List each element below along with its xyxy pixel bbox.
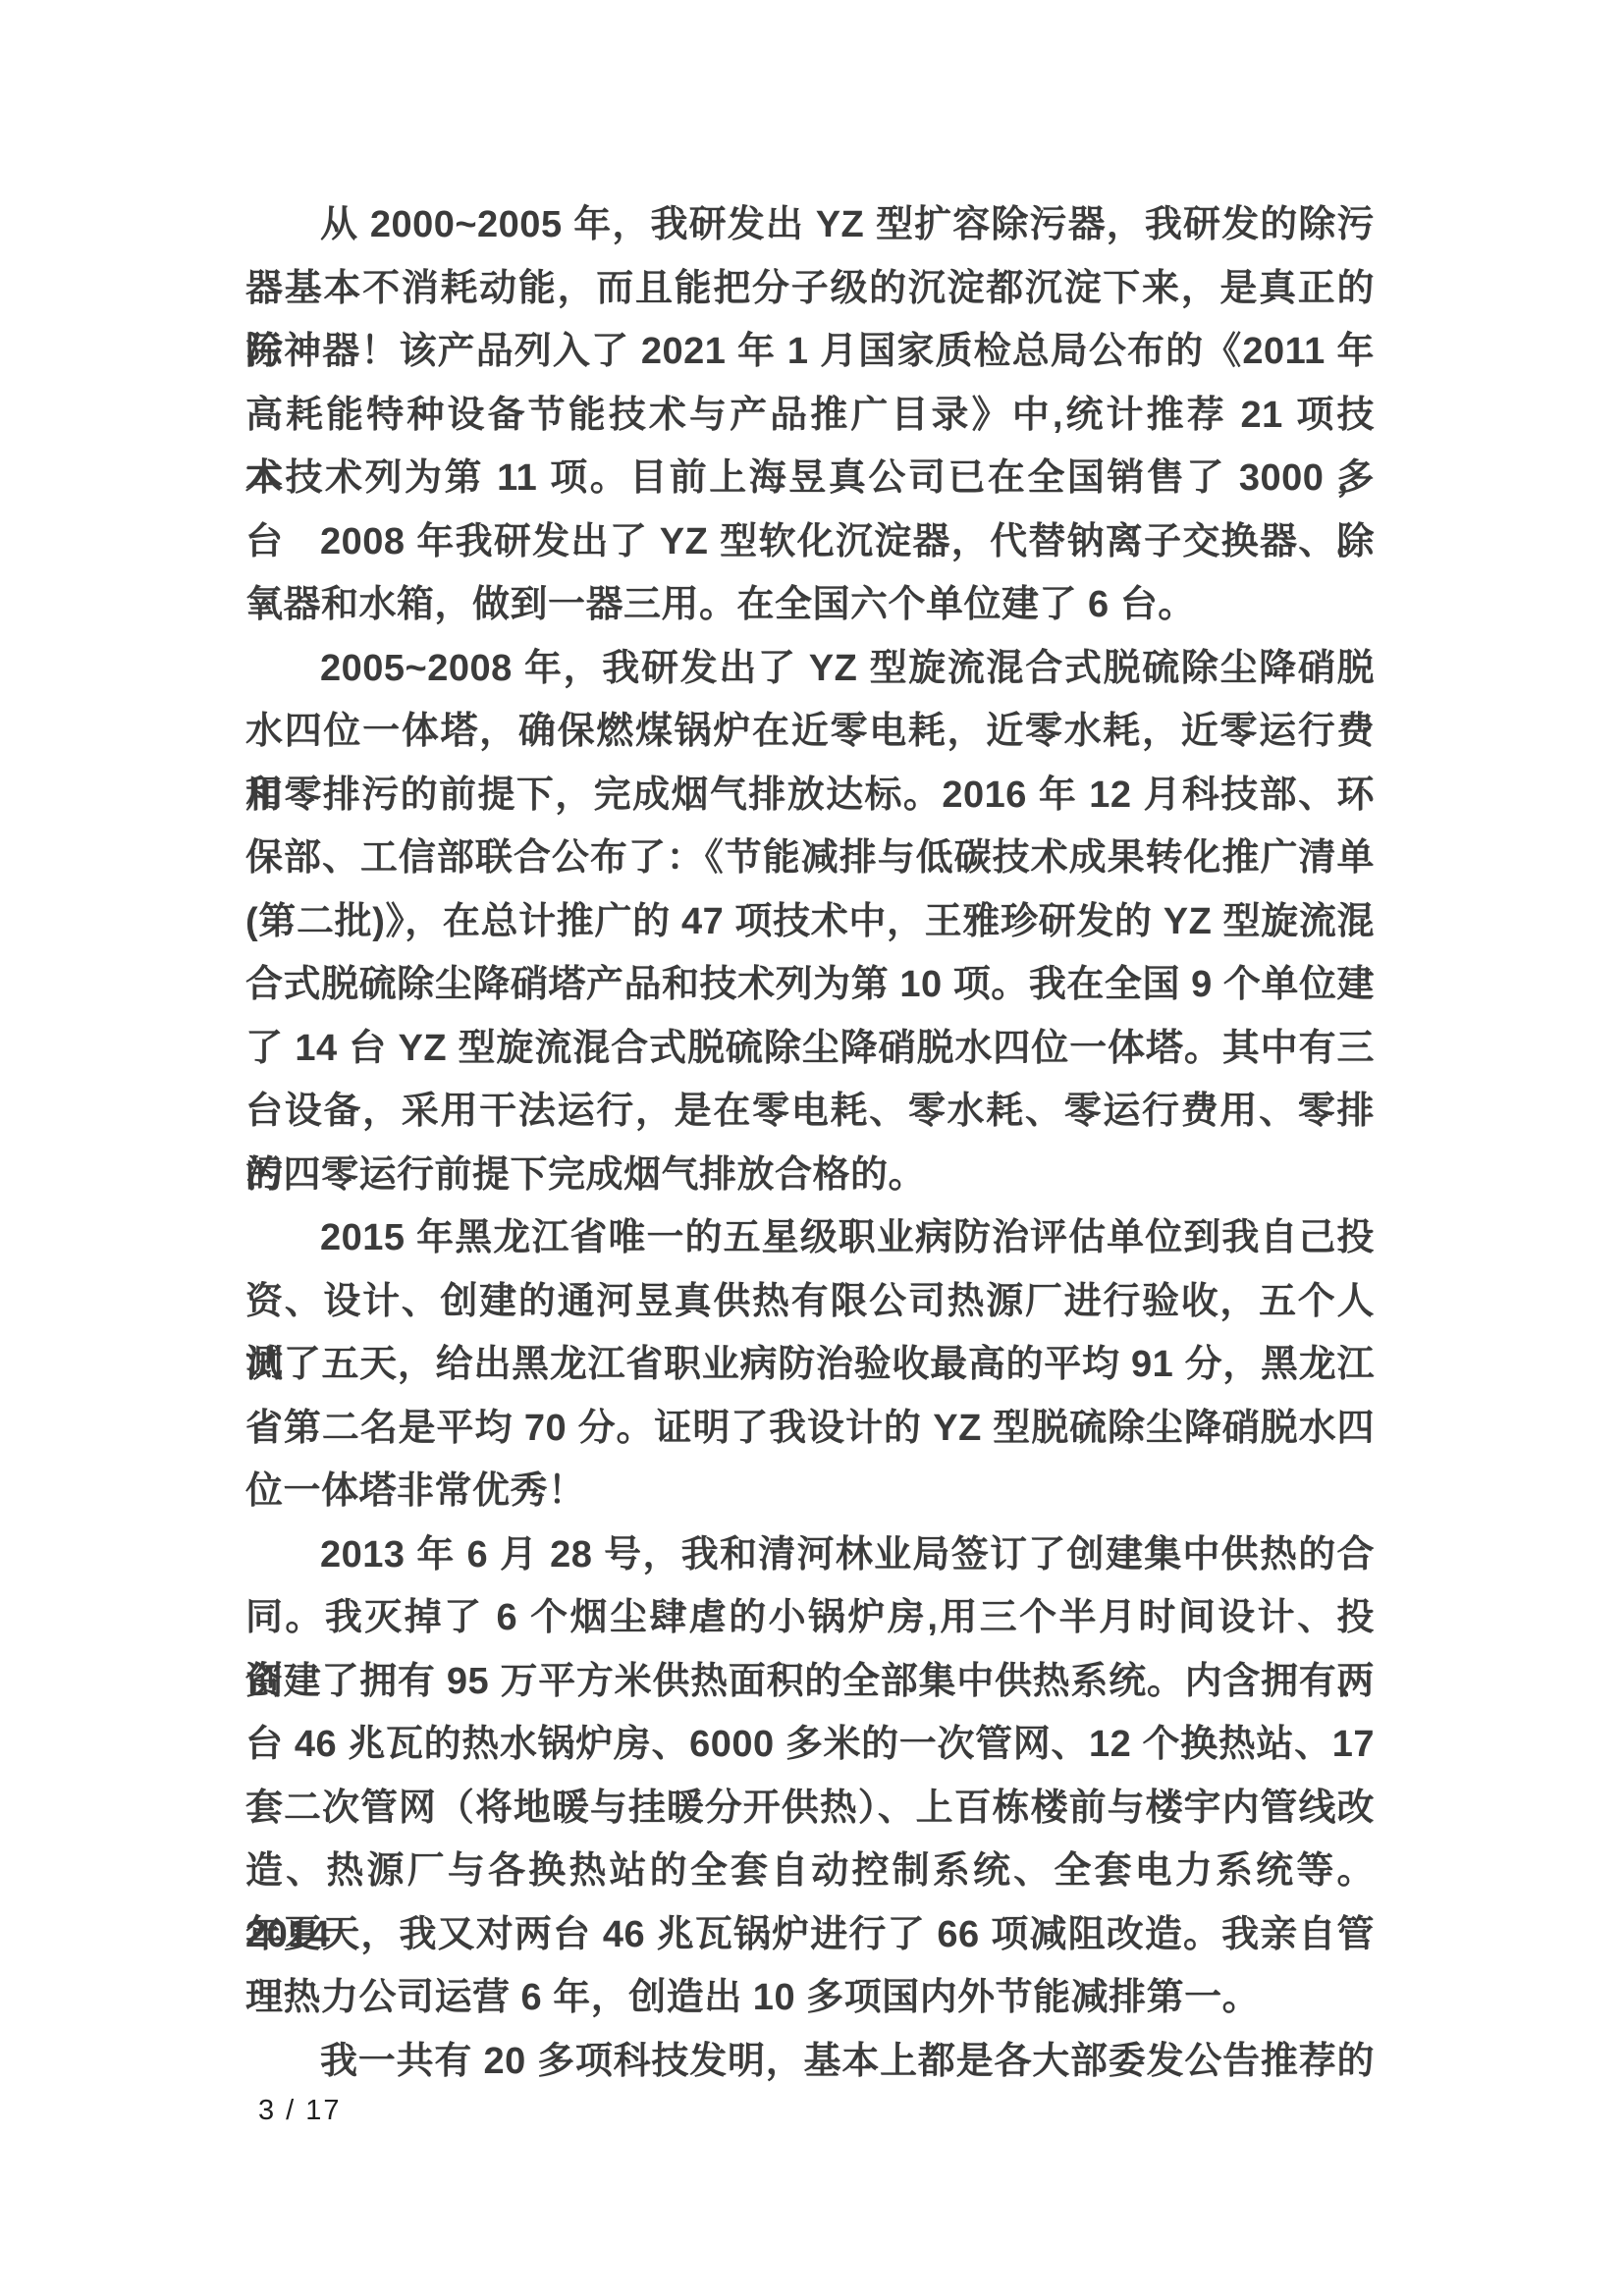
document-page: 从 2000~2005 年，我研发出 YZ 型扩容除污器，我研发的除污 器基本不… bbox=[0, 0, 1624, 2296]
text-line: 2015 年黑龙江省唯一的五星级职业病防治评估单位到我自己投 bbox=[245, 1206, 1375, 1270]
text-line: 2013 年 6 月 28 号，我和清河林业局签订了创建集中供热的合 bbox=[245, 1523, 1375, 1587]
text-line: 高耗能特种设备节能技术与产品推广目录》中,统计推荐 21 项技术， bbox=[245, 384, 1375, 448]
text-line: 2008 年我研发出了 YZ 型软化沉淀器，代替钠离子交换器、除 bbox=[245, 510, 1375, 574]
text-line: 合式脱硫除尘降硝塔产品和技术列为第 10 项。我在全国 9 个单位建 bbox=[245, 953, 1375, 1017]
text-line: 位一体塔非常优秀！ bbox=[245, 1460, 1375, 1523]
text-line: 台设备，采用干法运行，是在零电耗、零水耗、零运行费用、零排污 bbox=[245, 1080, 1375, 1144]
text-line: 我一共有 20 多项科技发明，基本上都是各大部委发公告推荐的 bbox=[245, 2030, 1375, 2094]
text-line: 了 14 台 YZ 型旋流混合式脱硫除尘降硝脱水四位一体塔。其中有三 bbox=[245, 1017, 1375, 1081]
text-line: 污神器！该产品列入了 2021 年 1 月国家质检总局公布的《2011 年 bbox=[245, 320, 1375, 384]
text-line: 省第二名是平均 70 分。证明了我设计的 YZ 型脱硫除尘降硝脱水四 bbox=[245, 1397, 1375, 1461]
text-line: 保部、工信部联合公布了：《节能减排与低碳技术成果转化推广清单 bbox=[245, 827, 1375, 890]
text-line: 创建了拥有 95 万平方米供热面积的全部集中供热系统。内含拥有两 bbox=[245, 1650, 1375, 1714]
text-line: (第二批)》，在总计推广的 47 项技术中，王雅珍研发的 YZ 型旋流混 bbox=[245, 890, 1375, 954]
text-line: 资、设计、创建的通河昱真供热有限公司热源厂进行验收，五个人测 bbox=[245, 1270, 1375, 1334]
page-number: 3 / 17 bbox=[245, 2095, 1375, 2127]
text-line: 和零排污的前提下，完成烟气排放达标。2016 年 12 月科技部、环 bbox=[245, 764, 1375, 828]
text-line: 台 46 兆瓦的热水锅炉房、6000 多米的一次管网、12 个换热站、17 bbox=[245, 1713, 1375, 1777]
text-line: 氧器和水箱，做到一器三用。在全国六个单位建了 6 台。 bbox=[245, 573, 1375, 637]
text-line: 器基本不消耗动能，而且能把分子级的沉淀都沉淀下来，是真正的除 bbox=[245, 257, 1375, 321]
text-line: 本技术列为第 11 项。目前上海昱真公司已在全国销售了 3000 多台。 bbox=[245, 447, 1375, 510]
text-line: 试了五天，给出黑龙江省职业病防治验收最高的平均 91 分，黑龙江 bbox=[245, 1333, 1375, 1397]
text-line: 造、热源厂与各换热站的全套自动控制系统、全套电力系统等。2014 bbox=[245, 1840, 1375, 1903]
text-line: 年夏天，我又对两台 46 兆瓦锅炉进行了 66 项减阻改造。我亲自管 bbox=[245, 1903, 1375, 1967]
text-line: 从 2000~2005 年，我研发出 YZ 型扩容除污器，我研发的除污 bbox=[245, 193, 1375, 257]
text-line: 同。我灭掉了 6 个烟尘肆虐的小锅炉房,用三个半月时间设计、投资、 bbox=[245, 1586, 1375, 1650]
text-line: 套二次管网（将地暖与挂暖分开供热）、上百栋楼前与楼宇内管线改 bbox=[245, 1777, 1375, 1841]
text-line: 2005~2008 年，我研发出了 YZ 型旋流混合式脱硫除尘降硝脱 bbox=[245, 637, 1375, 701]
text-body: 从 2000~2005 年，我研发出 YZ 型扩容除污器，我研发的除污 器基本不… bbox=[245, 193, 1375, 2127]
text-line: 理热力公司运营 6 年，创造出 10 多项国内外节能减排第一。 bbox=[245, 1966, 1375, 2030]
text-line: 的四零运行前提下完成烟气排放合格的。 bbox=[245, 1144, 1375, 1207]
text-line: 水四位一体塔，确保燃煤锅炉在近零电耗，近零水耗，近零运行费用 bbox=[245, 700, 1375, 764]
